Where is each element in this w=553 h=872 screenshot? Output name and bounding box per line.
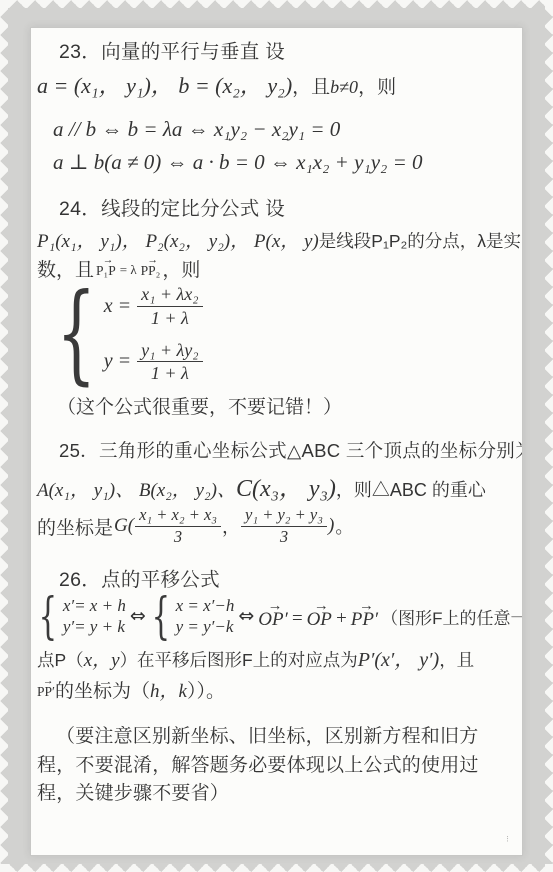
system-rows: x = x₁ + λx₂1 + λ y = y₁ + λy₂1 + λ	[104, 284, 203, 383]
pp-coordinates-line: →PP′ 的坐标为（ h，k ））。	[37, 676, 516, 703]
cn-and-label: ，且	[439, 650, 474, 670]
y-fraction: y₁ + λy₂1 + λ	[137, 340, 202, 383]
cn-point-p-open: 点P（	[37, 650, 84, 670]
section-23-vector-definition: a = (x₁， y₁)， b = (x₂， y₂)，且b≠0，则	[37, 69, 516, 100]
vector-p1p: →P₁P	[96, 259, 116, 278]
section-25-vertices-line: A(x₁， y₁)、 B(x₂， y₂)、C(x₃， y₃)，则△ABC 的重心	[37, 468, 516, 503]
cn-centroid-intro: ，则△ABC 的重心	[336, 480, 486, 500]
system-brace: {	[56, 284, 96, 383]
vector-pp-prime-small: →PP′	[37, 680, 55, 699]
centroid-x-numerator: x₁ + x₂ + x₃	[135, 506, 221, 526]
x-equation: x = x′−h	[176, 596, 235, 616]
centroid-y-denominator: 3	[280, 527, 288, 546]
x-equation: x = x₁ + λx₂1 + λ	[104, 284, 203, 327]
section-24-points-line: P₁(x₁， y₁)， P₂(x₂， y₂)， P(x， y)是线段P₁P₂的分…	[37, 226, 516, 253]
vertex-c-math: C(x₃， y₃)	[236, 476, 336, 502]
section-24-heading: 24．线段的定比分公式 设	[37, 193, 516, 221]
vector-arrow-icon: →	[147, 259, 158, 264]
vector-def-math: a = (x₁， y₁)， b = (x₂， y₂)	[37, 73, 292, 98]
cn-figure-f-intro: （图形F上的任意一	[381, 604, 523, 629]
vector-p1p-label: P₁P	[96, 264, 116, 278]
photo-background: 23．向量的平行与垂直 设 a = (x₁， y₁)， b = (x₂， y₂)…	[0, 0, 553, 872]
ratio-formula-system: { x = x₁ + λx₂1 + λ y = y₁ + λy₂1 + λ	[51, 284, 516, 383]
ratio-vector-equation: →P₁P = λ →PP₂	[94, 259, 162, 278]
system-brace: {	[39, 593, 57, 639]
iff-arrow: ⇔	[129, 605, 147, 627]
parallel-formula: a // b ⇔ b = λa ⇔ x₁y₂ − x₂y₁ = 0	[53, 117, 516, 142]
new-coords-system: x′= x + h y′= y + k	[63, 596, 126, 637]
vector-arrow-icon: →	[43, 680, 54, 685]
notes-page: 23．向量的平行与垂直 设 a = (x₁， y₁)， b = (x₂， y₂)…	[30, 27, 523, 856]
section-26-heading: 26．点的平移公式	[37, 564, 516, 592]
cn-then-label: ，则	[162, 255, 200, 282]
xy-math: x，y	[84, 650, 120, 671]
section-24-vector-condition: 数，且 →P₁P = λ →PP₂ ，则	[37, 255, 516, 282]
perpendicular-formula: a ⊥ b(a ≠ 0) ⇔ a · b = 0 ⇔ x₁x₂ + y₁y₂ =…	[53, 150, 516, 175]
cn-closing-parens: ））。	[187, 676, 225, 703]
sentence-period: 。	[335, 513, 353, 539]
equals-sign: =	[291, 608, 304, 630]
centroid-y-numerator: y₁ + y₂ + y₃	[241, 506, 327, 526]
b-nonzero-math: b≠0	[330, 77, 358, 97]
zigzag-edge-top	[8, 0, 545, 9]
cn-coordinates-are-label: 的坐标为（	[55, 676, 150, 703]
x-fraction-denominator: 1 + λ	[151, 307, 189, 328]
vector-pp-prime-small-label: PP′	[37, 685, 55, 699]
system-brace: {	[151, 593, 169, 639]
hk-math: h，k	[150, 676, 187, 703]
vector-arrow-icon: →	[268, 603, 283, 610]
y-equation: y = y₁ + λy₂1 + λ	[104, 340, 203, 383]
y-fraction-numerator: y₁ + λy₂	[137, 340, 202, 362]
y-fraction-denominator: 1 + λ	[151, 362, 189, 383]
vector-pp2: →PP₂	[141, 259, 161, 278]
x-equation-lhs: x =	[104, 295, 131, 318]
cn-segment-text: 是线段P₁P₂的分点，λ是实	[319, 231, 521, 251]
zigzag-edge-bottom	[8, 863, 545, 872]
cn-translated-figure-text: ）在平移后图形F上的对应点为	[120, 650, 358, 670]
x-fraction-numerator: x₁ + λx₂	[137, 284, 202, 306]
cn-then-label: ，则	[358, 77, 396, 98]
vector-pp-prime: →PP′	[351, 603, 378, 630]
section-24-note: （这个公式很重要，不要记错！）	[37, 392, 516, 419]
y-equation: y = y′−k	[176, 617, 235, 637]
centroid-comma: ，	[222, 513, 240, 539]
vector-op: →OP	[307, 603, 332, 630]
x-prime-equation: x′= x + h	[63, 596, 126, 616]
y-prime-equation: y′= y + k	[63, 617, 126, 637]
cn-coordinates-is-label: 的坐标是	[37, 513, 113, 540]
vertex-ab-math: A(x₁， y₁)、 B(x₂， y₂)、	[37, 480, 236, 501]
section-23-heading: 23．向量的平行与垂直 设	[37, 36, 516, 64]
division-points-math: P₁(x₁， y₁)， P₂(x₂， y₂)， P(x， y)	[37, 231, 319, 252]
correspondence-line: 点P（x，y）在平移后图形F上的对应点为P′(x′， y′)，且	[37, 643, 516, 672]
old-coords-system: x = x′−h y = y′−k	[176, 596, 235, 637]
centroid-y-fraction: y₁ + y₂ + y₃3	[241, 506, 327, 546]
vector-op-prime: →OP′	[258, 603, 287, 630]
g-open-paren: G(	[114, 515, 134, 537]
photo-artifact-mark: ⁝	[506, 834, 509, 845]
zigzag-edge-right	[544, 8, 553, 864]
equals-lambda-label: = λ	[119, 262, 138, 278]
vector-arrow-icon: →	[103, 259, 114, 264]
vector-arrow-icon: →	[359, 603, 374, 610]
translation-formula-line: { x′= x + h y′= y + k ⇔ { x = x′−h y = y…	[37, 593, 516, 639]
centroid-x-fraction: x₁ + x₂ + x₃3	[135, 506, 221, 546]
x-fraction: x₁ + λx₂1 + λ	[137, 284, 202, 327]
cn-and-label: ，且	[292, 77, 330, 98]
plus-sign: +	[335, 608, 348, 630]
y-equation-lhs: y =	[104, 350, 131, 373]
op-vector-equation: →OP′ = →OP + →PP′	[258, 603, 378, 630]
section-25-heading: 25．三角形的重心坐标公式△ABC 三个顶点的坐标分别为	[37, 437, 516, 463]
footer-note: （要注意区别新坐标、旧坐标，区别新方程和旧方程，不要混淆，解答题务必要体现以上公…	[37, 723, 516, 809]
g-close-paren: )	[328, 515, 334, 537]
iff-arrow: ⇔	[237, 605, 255, 627]
p-prime-coords-math: P′(x′， y′)	[358, 649, 439, 671]
centroid-x-denominator: 3	[174, 527, 182, 546]
vector-pp2-label: PP₂	[141, 264, 161, 278]
vector-arrow-icon: →	[314, 603, 329, 610]
zigzag-edge-left	[0, 8, 9, 864]
centroid-formula-line: 的坐标是 G( x₁ + x₂ + x₃3 ， y₁ + y₂ + y₃3 ) …	[37, 506, 516, 546]
